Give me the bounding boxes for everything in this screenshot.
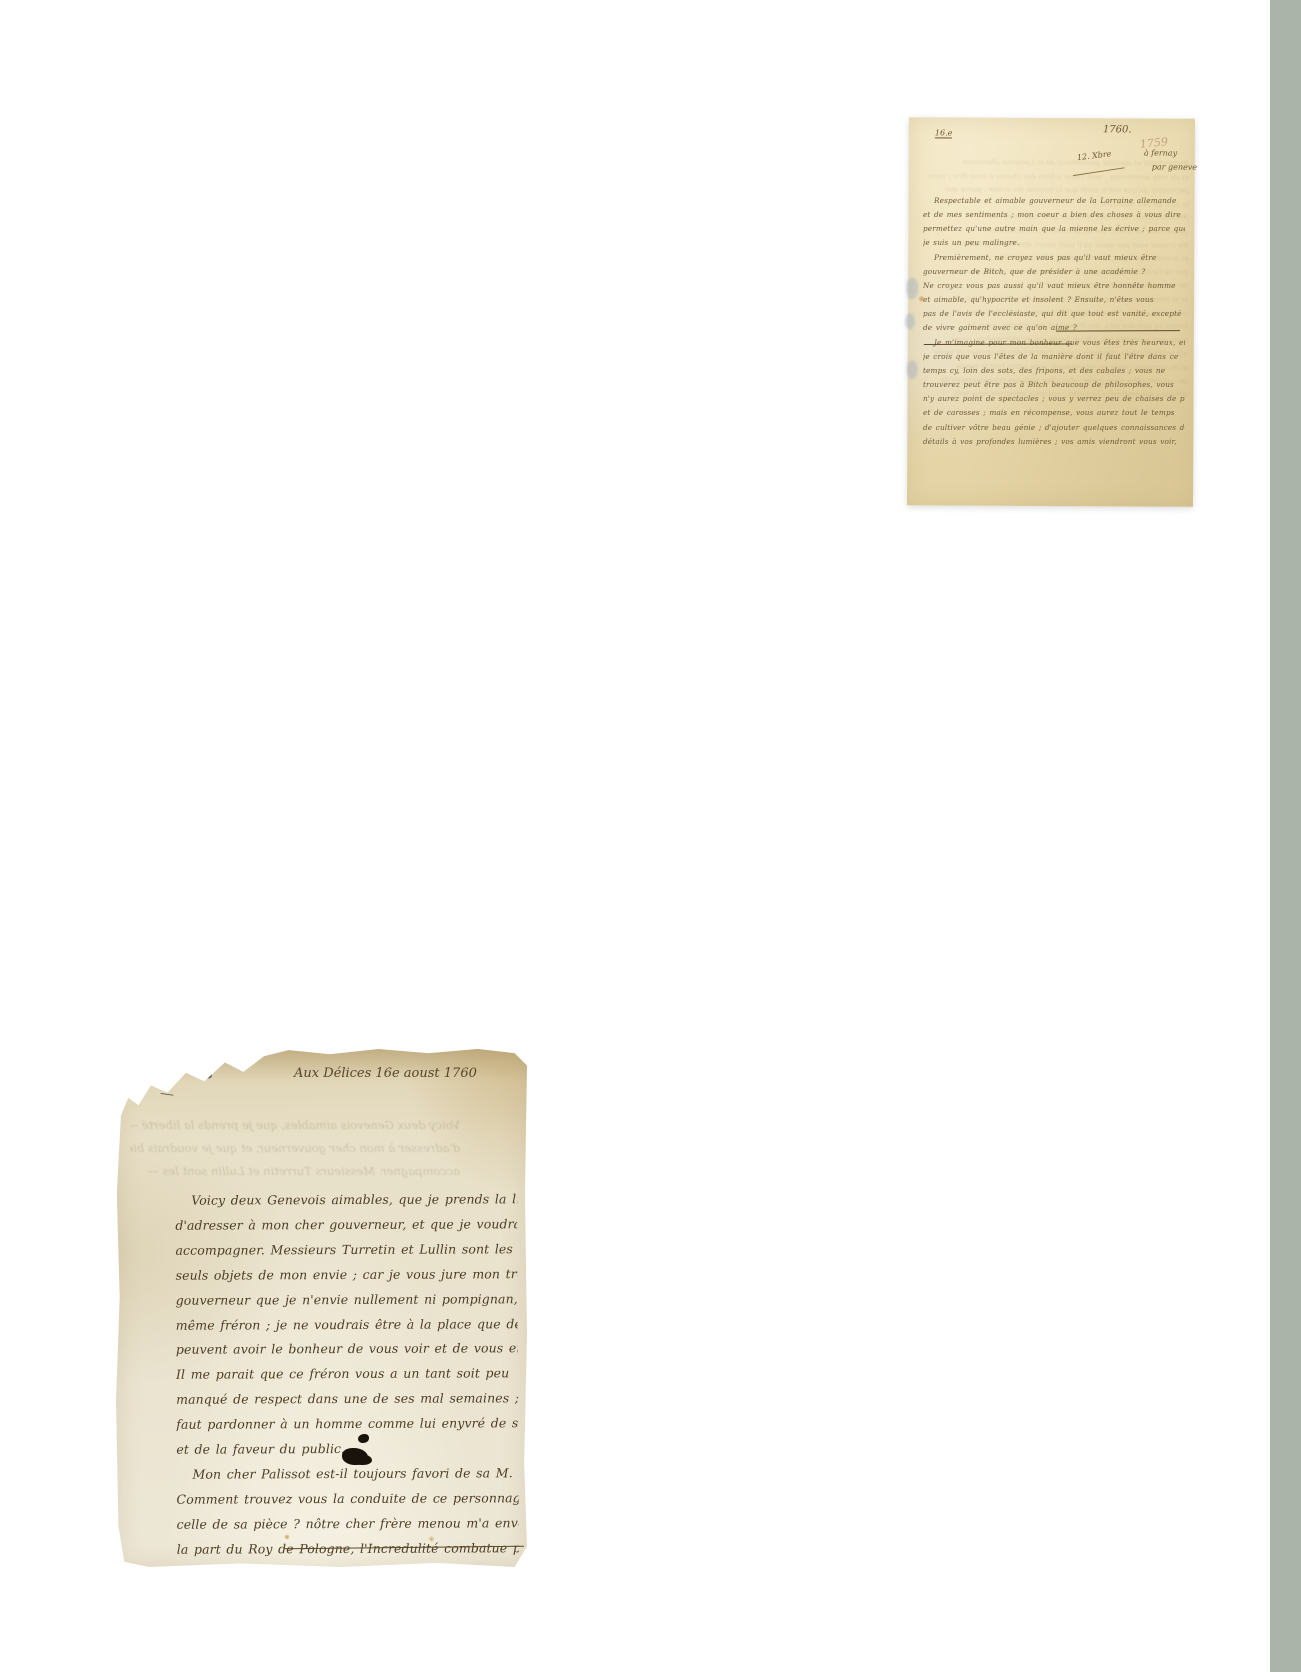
manuscript-text-line: Voicy deux Genevois aimables, que je pre… xyxy=(130,1114,460,1137)
manuscript-page-delices: 13 — Aux Délices 16e aoust 1760 Voicy de… xyxy=(116,1048,527,1567)
pencil-dash-mark: — xyxy=(159,1085,175,1103)
address-annotation-line2: par geneve xyxy=(1152,163,1197,172)
manuscript-text-line: accompagner. Messieurs Turretin et Lulli… xyxy=(130,1160,460,1183)
date-annotation: 12. Xbre xyxy=(1076,149,1111,162)
paper-stain xyxy=(428,1536,435,1542)
manuscript-text-line: seuls objets de mon envie ; car je vous … xyxy=(176,1262,518,1288)
manuscript-text-line: d'adresser à mon cher gouverneur, et que… xyxy=(130,1137,460,1160)
paper-stain xyxy=(284,1534,290,1540)
year-annotation-ink: 1760. xyxy=(1103,124,1132,135)
paper-stain xyxy=(918,295,925,302)
manuscript-text-line: pas de l'avis de l'ecclésiaste, qui dit … xyxy=(923,307,1185,321)
blue-smudge xyxy=(907,360,918,379)
pencil-folio-number: 13 xyxy=(188,1060,215,1084)
manuscript-text-line: Premièrement, ne croyez vous pas qu'il v… xyxy=(923,251,1185,265)
manuscript-text-line: et de mes sentiments ; mon coeur a bien … xyxy=(919,169,1189,184)
manuscript-text-line: détails à vos profondes lumières ; vos a… xyxy=(923,435,1185,449)
manuscript-text-line: je suis un peu malingre. xyxy=(923,236,1185,250)
address-annotation-line1: à fernay xyxy=(1144,148,1177,157)
manuscript-text-line: temps cy, loin des sots, des fripons, et… xyxy=(923,364,1185,378)
manuscript-text-line: n'y aurez point de spectacles ; vous y v… xyxy=(923,392,1185,406)
date-underline-stroke xyxy=(1073,167,1125,176)
manuscript-text-line: la part du Roy de Pologne, l'Incredulité… xyxy=(177,1536,519,1562)
manuscript-page-1760: Respectable et aimable gouverneur de la … xyxy=(907,117,1195,506)
letter-body-text: Voicy deux Genevois aimables, que je pre… xyxy=(175,1187,519,1562)
manuscript-text-line: Comment trouvez vous la conduite de ce p… xyxy=(176,1486,518,1512)
blue-smudge xyxy=(905,313,915,329)
manuscript-text-line: Ne croyez vous pas aussi qu'il vaut mieu… xyxy=(923,279,1185,293)
manuscript-text-line: gouverneur que je n'envie nullement ni p… xyxy=(176,1287,518,1313)
manuscript-text-line: trouverez peut être pas à Bitch beaucoup… xyxy=(923,378,1185,392)
manuscript-text-line: Il me parait que ce fréron vous a un tan… xyxy=(176,1362,518,1388)
manuscript-text-line: manqué de respect dans une de ses mal se… xyxy=(176,1387,518,1413)
manuscript-text-line: peuvent avoir le bonheur de vous voir et… xyxy=(176,1337,518,1363)
manuscript-text-line: faut pardonner à un homme comme lui enyv… xyxy=(176,1411,518,1437)
ink-blot-large xyxy=(342,1448,368,1465)
manuscript-text-line: Respectable et aimable gouverneur de la … xyxy=(923,194,1185,208)
manuscript-text-line: Respectable et aimable gouverneur de la … xyxy=(919,155,1189,170)
dateline-heading: Aux Délices 16e aoust 1760 xyxy=(294,1066,477,1081)
manuscript-text-line: Mon cher Palissot est-il toujours favori… xyxy=(176,1461,518,1487)
blue-smudge xyxy=(906,277,918,299)
right-edge-band xyxy=(1270,0,1301,1672)
manuscript-text-line: Voicy deux Genevois aimables, que je pre… xyxy=(175,1187,517,1213)
bleedthrough-text: Voicy deux Genevois aimables, que je pre… xyxy=(130,1114,460,1188)
manuscript-text-line: de cultiver vôtre beau génie ; d'ajouter… xyxy=(923,421,1185,435)
manuscript-text-line: celle de sa pièce ? nôtre cher frère men… xyxy=(177,1511,519,1537)
manuscript-text-line: d'adresser à mon cher gouverneur, et que… xyxy=(175,1212,517,1238)
manuscript-text-line: et de carosses ; mais en récompense, vou… xyxy=(923,406,1185,420)
manuscript-text-line: et aimable, qu'hypocrite et insolent ? E… xyxy=(923,293,1185,307)
manuscript-text-line: gouverneur de Bitch, que de présider à u… xyxy=(923,265,1185,279)
manuscript-text-line: accompagner. Messieurs Turretin et Lulli… xyxy=(175,1237,517,1263)
manuscript-text-line: et de mes sentiments ; mon coeur a bien … xyxy=(923,208,1185,222)
manuscript-text-line: permettez qu'une autre main que la mienn… xyxy=(923,222,1185,236)
corner-number-annotation: 16.e xyxy=(935,128,953,138)
manuscript-text-line: je crois que vous l'êtes de la manière d… xyxy=(923,350,1185,364)
manuscript-text-line: même fréron ; je ne voudrais être à la p… xyxy=(176,1312,518,1338)
letter-body-text: Respectable et aimable gouverneur de la … xyxy=(923,194,1185,449)
manuscript-text-line: de vivre gaiment avec ce qu'on aime ? xyxy=(923,321,1185,335)
